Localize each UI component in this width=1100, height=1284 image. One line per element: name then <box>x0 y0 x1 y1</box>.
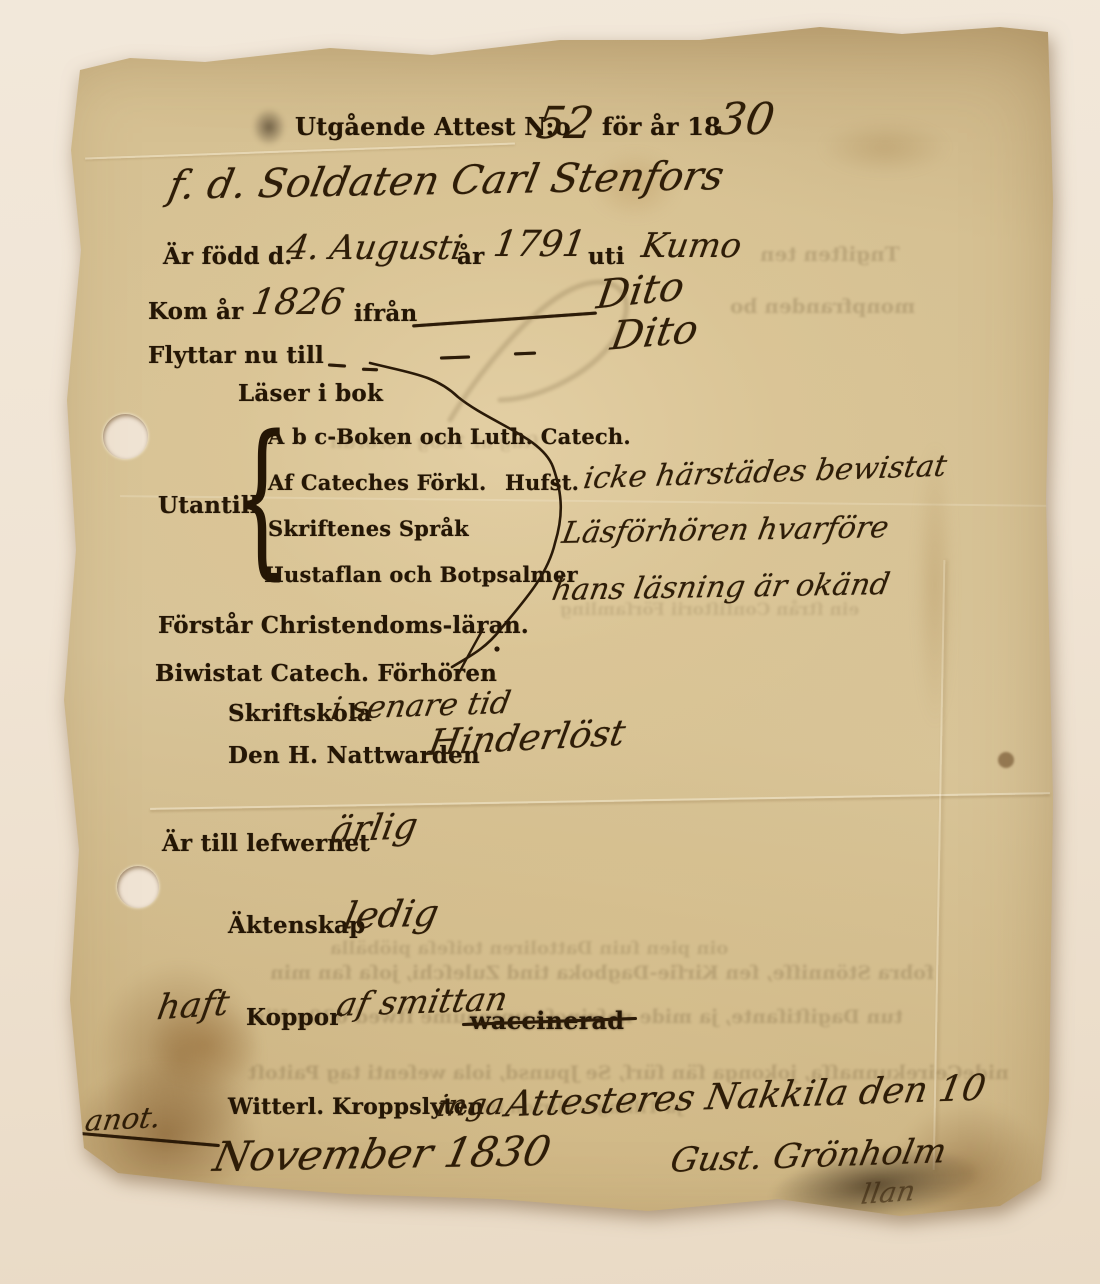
stain <box>70 1060 260 1210</box>
came-from-label: ifrån <box>354 300 417 327</box>
margin-note-underline <box>78 1132 220 1147</box>
stain <box>820 120 950 175</box>
signature-handwritten: Gust. Grönholm <box>667 1131 950 1181</box>
bleed-through-text: ſtag af 180g Förordn <box>330 432 539 453</box>
person-name-handwritten: f. d. Soldaten Carl Stenfors <box>165 153 728 209</box>
communion-label: Den H. Nattwarden <box>228 742 480 769</box>
handwritten-dash <box>362 368 378 371</box>
came-year-handwritten: 1826 <box>249 282 347 323</box>
handwritten-dash <box>514 352 536 355</box>
born-place-handwritten: Kumo <box>639 226 745 266</box>
bleed-through-text: monpfranden bo <box>730 294 915 318</box>
confirmation-value-handwritten: i senare tid <box>328 685 513 727</box>
defects-label: Witterl. Kroppslyten <box>228 1094 484 1120</box>
paper-sheet-wrap: Tngiſten ten monpfranden bo ſtag af 180g… <box>0 0 1100 1284</box>
memorized-hufst: Hufst. <box>505 470 579 495</box>
bleed-through-text: oin pien ſuin Dattoliren toiſeſa piöbäll… <box>330 938 728 959</box>
bleed-through-text: fobra Stönniſſe, ſen Kirſie-Dagboka tind… <box>270 962 934 984</box>
handwritten-dash <box>440 355 470 359</box>
stain <box>998 752 1014 768</box>
reads-label: Läser i bok <box>238 380 383 407</box>
memorized-item: Hustaflan och Botpsalmer <box>264 562 578 587</box>
born-year-label: år <box>457 243 484 270</box>
confirmation-label: Skriftskola <box>228 700 372 727</box>
handwritten-rule <box>412 312 597 327</box>
stain <box>95 960 265 1150</box>
stain <box>150 1000 260 1090</box>
conduct-label: Är till lefwernet <box>162 830 370 857</box>
marriage-value-handwritten: ledig <box>340 891 442 937</box>
bleed-through-text: tun Dagiſtiſante, ja mide neſzincſa unre… <box>255 1006 903 1028</box>
memorized-item: A b c-Boken och Luth. Catech. <box>268 424 631 449</box>
handwritten-dash <box>328 363 346 367</box>
bracket-glyph: { <box>232 386 291 610</box>
examiner-note-line: icke härstädes bewistat <box>581 449 949 497</box>
stain <box>590 150 680 220</box>
smallpox-prefix-handwritten: haft <box>154 984 232 1029</box>
strikethrough-line <box>462 1017 637 1026</box>
born-date-handwritten: 4. Augusti <box>284 228 466 268</box>
hole-punch <box>117 866 159 908</box>
born-place-label: uti <box>588 243 625 270</box>
defects-value-handwritten: inga <box>435 1087 508 1124</box>
ghost-flourish <box>420 250 680 440</box>
signature-smudged-fragment: llan <box>859 1174 918 1211</box>
attestation-line1-handwritten: Attesteres Nakkila den 10 <box>503 1068 989 1126</box>
attest-year-handwritten: 30 <box>714 94 778 145</box>
smallpox-label: Koppor <box>246 1004 342 1031</box>
paper-sheet: Tngiſten ten monpfranden bo ſtag af 180g… <box>0 0 1100 1284</box>
bleed-through-text: ein ſtrån Conſiſtorii Förſamling <box>560 600 859 620</box>
stain <box>915 440 955 730</box>
crease-line <box>150 792 1050 810</box>
crease-line <box>933 560 946 1170</box>
document-photo: Tngiſten ten monpfranden bo ſtag af 180g… <box>0 0 1100 1284</box>
marriage-label: Äktenskap <box>228 912 365 939</box>
crease-line <box>85 142 515 159</box>
bleed-through-text: ja Tillingiö Hirton ſtin <box>470 1098 682 1118</box>
examiner-note-line: Läsförhören hvarföre <box>559 510 891 551</box>
examiner-note-line: hans läsning är okänd <box>549 567 892 608</box>
margin-note-handwritten: anot. <box>83 1100 163 1138</box>
stain <box>890 1100 1050 1250</box>
attended-label: Biwistat Catech. Förhören <box>155 660 497 687</box>
came-from-value-handwritten: Dito <box>594 264 687 319</box>
crease-line <box>120 495 1060 507</box>
memorized-label: Utantill <box>158 492 259 519</box>
hole-punch <box>103 414 148 459</box>
header-printed-right: för år 18 <box>602 112 721 141</box>
memorized-item: Af Cateches Förkl. <box>268 470 486 495</box>
came-label: Kom år <box>148 298 243 325</box>
handwritten-squiggle <box>340 345 590 685</box>
memorized-item: Skriftenes Språk <box>268 516 469 541</box>
bleed-through-text: nideCeirekunnaſſa, jokonga ſän ſürſ, Se … <box>248 1062 1009 1084</box>
communion-value-handwritten: Hinderlöst <box>425 713 628 764</box>
smallpox-value-handwritten: af smittan <box>334 979 512 1024</box>
smallpox-struck-word: waccinerad <box>470 1006 624 1035</box>
conduct-value-handwritten: ärlig <box>328 806 421 851</box>
bleed-through-text: Tngiſten ten <box>760 242 900 266</box>
born-label: Är född d. <box>163 243 292 270</box>
moves-label: Flyttar nu till <box>148 342 324 369</box>
ink-smudge <box>767 1137 984 1232</box>
ink-smudge <box>252 108 286 146</box>
attestation-line2-handwritten: November 1830 <box>209 1127 555 1181</box>
header-printed-left: Utgående Attest N:o <box>295 112 571 141</box>
handwritten-mark <box>445 615 515 685</box>
moves-value-handwritten: Dito <box>608 306 702 359</box>
understands-label: Förstår Christendoms-läran. <box>158 612 529 639</box>
born-year-handwritten: 1791 <box>491 224 589 265</box>
attest-number-handwritten: 52 <box>533 98 597 149</box>
